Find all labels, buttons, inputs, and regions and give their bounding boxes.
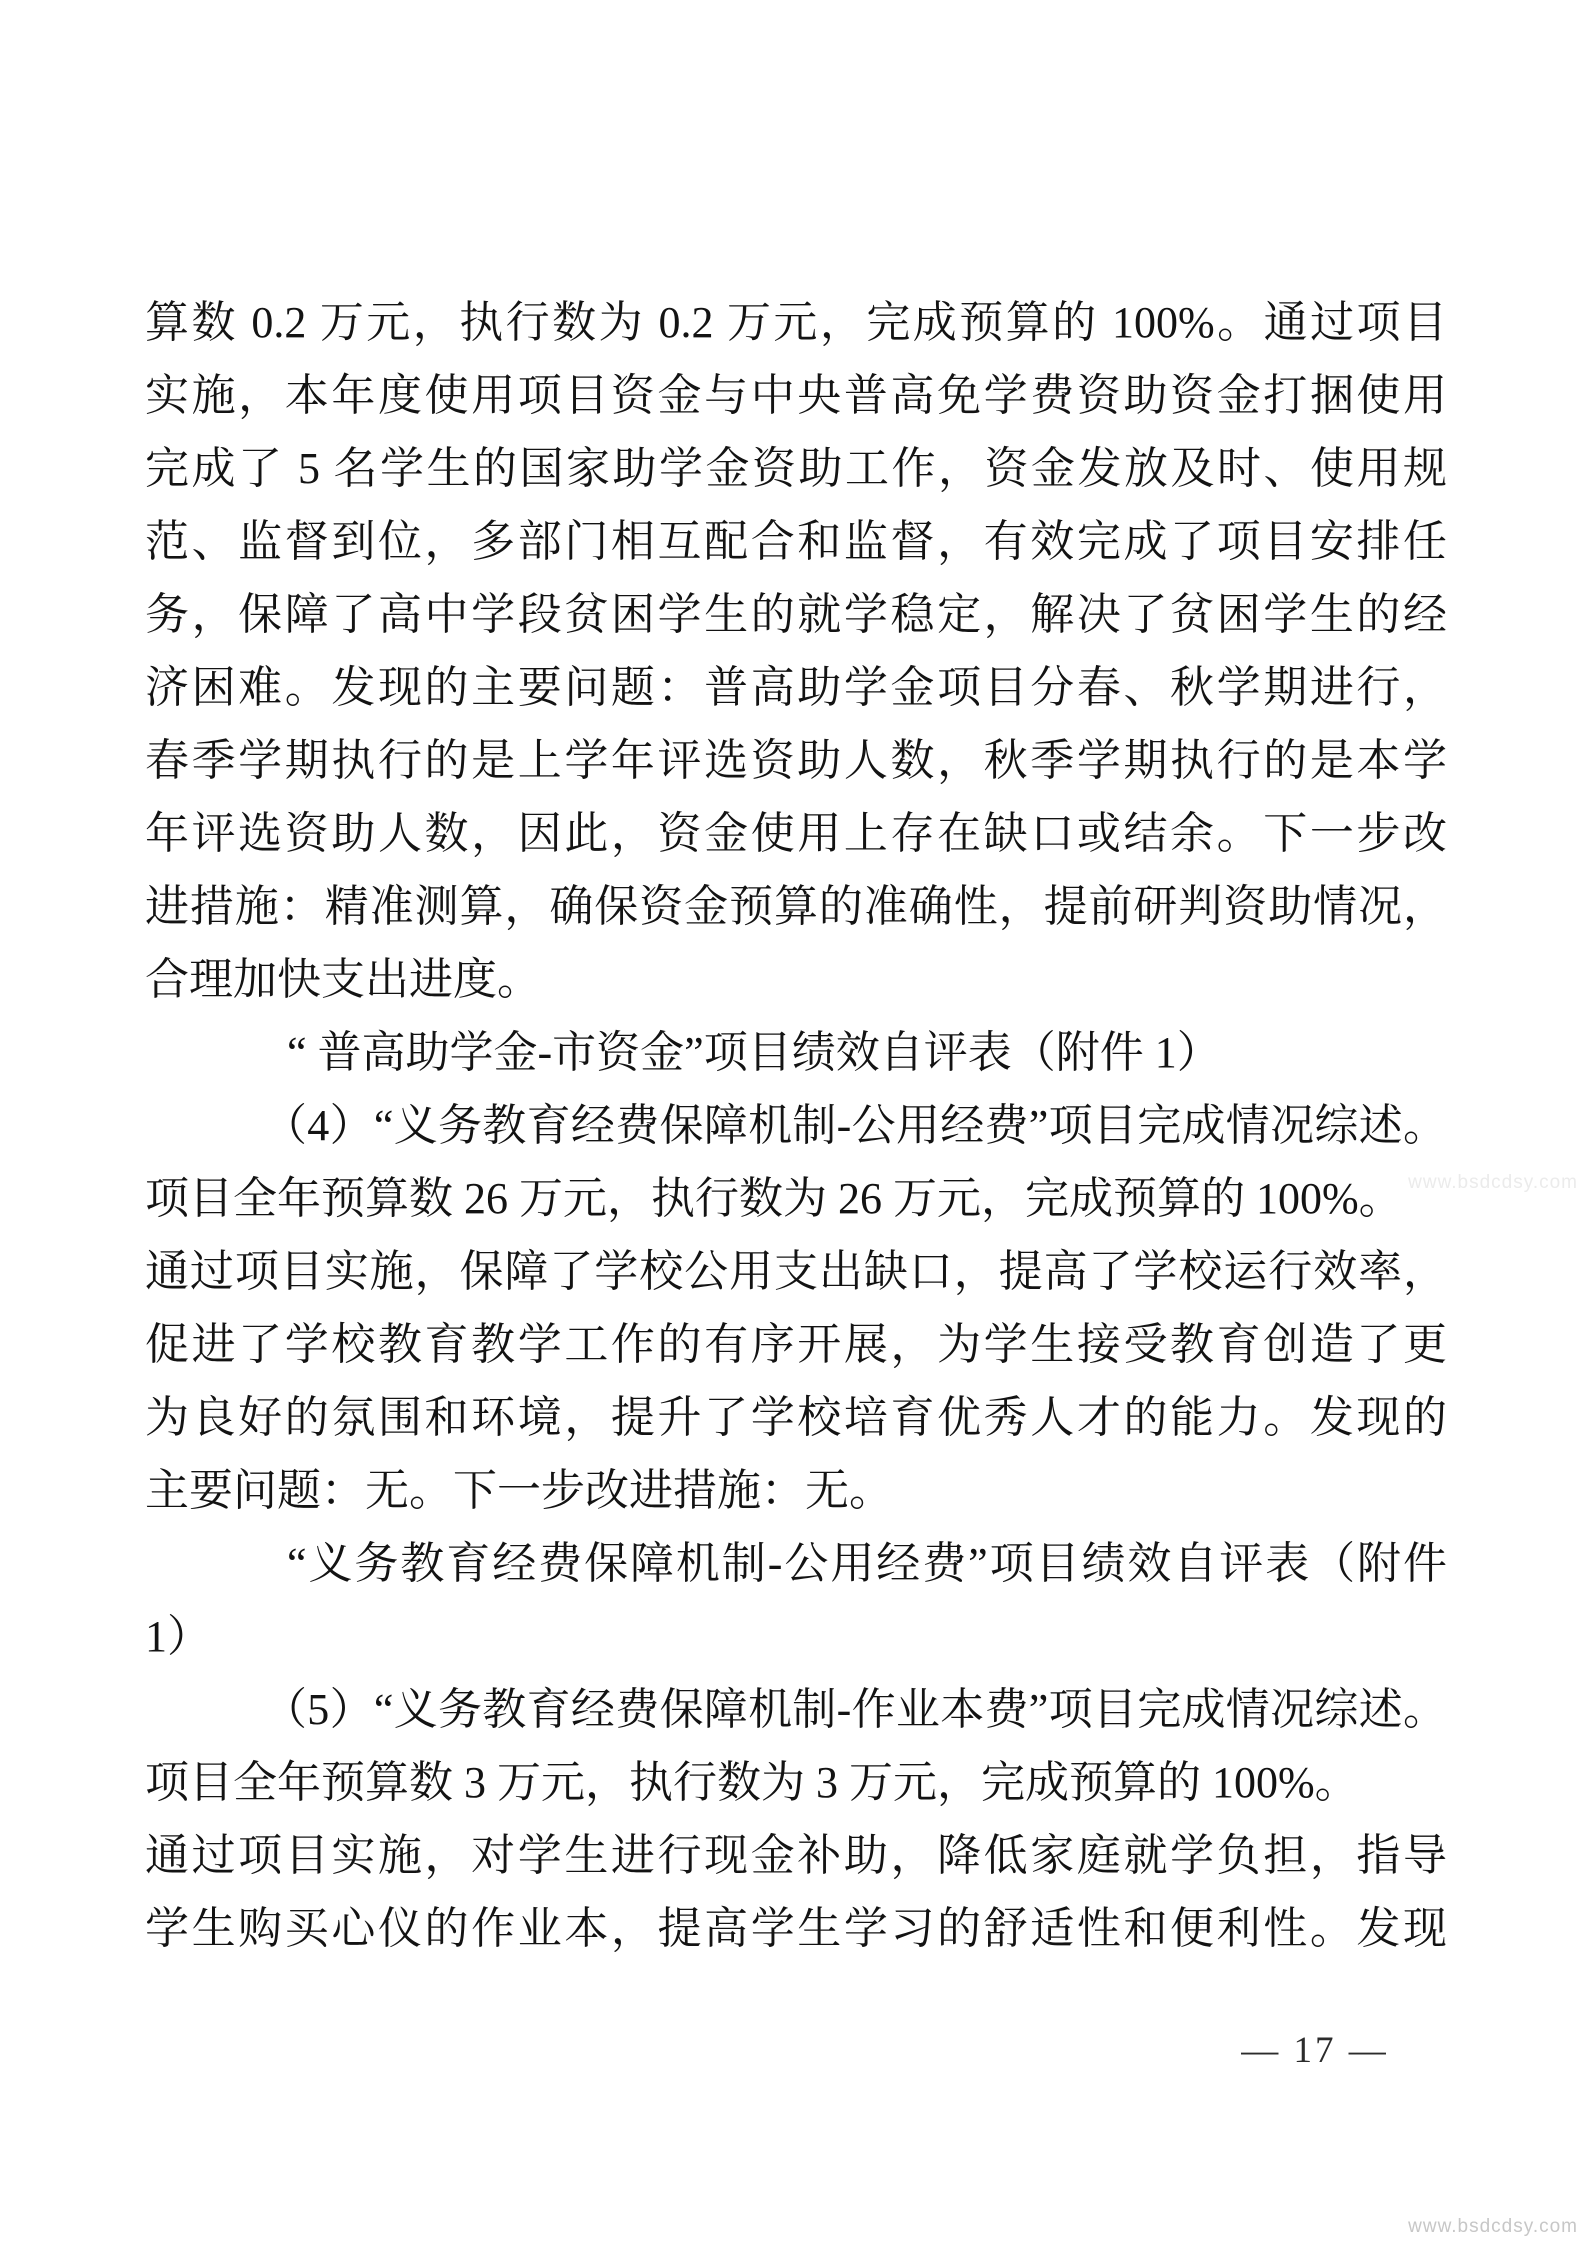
page-number: — 17 — bbox=[1225, 2030, 1405, 2072]
text-line: 范、监督到位，多部门相互配合和监督，有效完成了项目安排任 bbox=[145, 505, 1447, 578]
attachment-reference-continuation: 1） bbox=[145, 1600, 1447, 1673]
watermark-text: www.bsdcdsy.com bbox=[1408, 2216, 1578, 2238]
text-line: 春季学期执行的是上学年评选资助人数，秋季学期执行的是本学 bbox=[145, 724, 1447, 797]
text-line: 通过项目实施，保障了学校公用支出缺口，提高了学校运行效率， bbox=[145, 1235, 1447, 1308]
text-line: 合理加快支出进度。 bbox=[145, 943, 1447, 1016]
text-line: 为良好的氛围和环境，提升了学校培育优秀人才的能力。发现的 bbox=[145, 1381, 1447, 1454]
text-line: 济困难。发现的主要问题：普高助学金项目分春、秋学期进行， bbox=[145, 651, 1447, 724]
text-line: 项目全年预算数 26 万元，执行数为 26 万元，完成预算的 100%。 bbox=[145, 1162, 1447, 1235]
text-line: 年评选资助人数，因此，资金使用上存在缺口或结余。下一步改 bbox=[145, 797, 1447, 870]
document-page: 算数 0.2 万元，执行数为 0.2 万元，完成预算的 100%。通过项目 实施… bbox=[0, 0, 1587, 2245]
text-line: 务，保障了高中学段贫困学生的就学稳定，解决了贫困学生的经 bbox=[145, 578, 1447, 651]
text-line: 算数 0.2 万元，执行数为 0.2 万元，完成预算的 100%。通过项目 bbox=[145, 286, 1447, 359]
text-line: 学生购买心仪的作业本，提高学生学习的舒适性和便利性。发现 bbox=[145, 1892, 1447, 1965]
section-4-heading-line: （4）“义务教育经费保障机制-公用经费”项目完成情况综述。 bbox=[145, 1089, 1447, 1162]
section-5-heading-line: （5）“义务教育经费保障机制-作业本费”项目完成情况综述。 bbox=[145, 1673, 1447, 1746]
text-line: 实施，本年度使用项目资金与中央普高免学费资助资金打捆使用 bbox=[145, 359, 1447, 432]
text-line: 进措施：精准测算，确保资金预算的准确性，提前研判资助情况， bbox=[145, 870, 1447, 943]
attachment-reference-line: “ 普高助学金-市资金”项目绩效自评表（附件 1） bbox=[145, 1016, 1447, 1089]
text-line: 通过项目实施，对学生进行现金补助，降低家庭就学负担，指导 bbox=[145, 1819, 1447, 1892]
text-line: 主要问题：无。下一步改进措施：无。 bbox=[145, 1454, 1447, 1527]
text-line: 完成了 5 名学生的国家助学金资助工作，资金发放及时、使用规 bbox=[145, 432, 1447, 505]
watermark-text: www.bsdcdsy.com bbox=[1408, 1172, 1578, 1194]
document-body: 算数 0.2 万元，执行数为 0.2 万元，完成预算的 100%。通过项目 实施… bbox=[145, 286, 1447, 1965]
text-line: 促进了学校教育教学工作的有序开展，为学生接受教育创造了更 bbox=[145, 1308, 1447, 1381]
attachment-reference-line: “义务教育经费保障机制-公用经费”项目绩效自评表（附件 bbox=[145, 1527, 1447, 1600]
text-line: 项目全年预算数 3 万元，执行数为 3 万元，完成预算的 100%。 bbox=[145, 1746, 1447, 1819]
